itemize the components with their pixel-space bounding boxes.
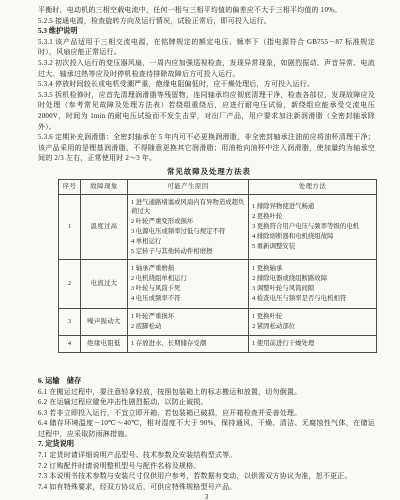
method-line: 2 更换叶轮 (252, 212, 373, 222)
fault-phenomenon: 噪声振动大 (81, 308, 128, 335)
table-row: 1 温度过高 1 进气通路堵塞或风扇内有异物造成超负荷过大 2 叶轮严重变形或损… (59, 194, 377, 259)
possible-causes: 1 叶轮严重损坏 2 底脚松动 (128, 308, 249, 335)
section-heading-5-3: 5.3 维护说明 (38, 26, 375, 37)
handling-methods: 1 更换轴承 2 排除电器或绕组断路故障 3 调整叶轮与风筒间隙 4 检查电压与… (249, 259, 377, 308)
cause-line: 1 进气通路堵塞或风扇内有异物造成超负荷过大 (131, 198, 245, 218)
handling-methods: 1 更换叶轮 2 紧固松动部位 (249, 308, 377, 335)
cause-line: 4 单相运行 (131, 237, 245, 247)
possible-causes: 1 进气通路堵塞或风扇内有异物造成超负荷过大 2 叶轮严重变形或损坏 3 电源电… (128, 194, 249, 259)
document-page: 平衡时，电动机的三相空载电流中，任何一相与三相平均值的偏差应不大于三相平均值的 … (0, 0, 400, 500)
possible-causes: 1 存放进水、长期储存受潮 (128, 335, 249, 352)
paragraph-6-2: 6.2 在运输过程应避免冲击性剧烈振动，以防止破损。 (38, 397, 375, 408)
fault-table-header-row: 序号 故障现象 可能产生原因 处理方法 (59, 179, 377, 194)
method-line: 3 调整叶轮与风筒间隙 (252, 284, 373, 294)
handling-methods: 1 排除异物使进气畅通 2 更换叶轮 3 更换符合用户电压与频率等级的电机 4 … (249, 194, 377, 259)
cause-line: 3 叶轮与风筒卡死 (131, 284, 245, 294)
cause-line: 1 存放进水、长期储存受潮 (131, 339, 245, 349)
row-number: 1 (59, 194, 81, 259)
paragraph-6-1: 6.1 在搬运过程中，要注意轻拿轻放，按照包装箱上的标志搬运和放置，切勿倒置。 (38, 387, 375, 398)
handling-methods: 1 使用前进行干燥处理 (249, 335, 377, 352)
paragraph-5-3-1: 5.3.1 该产品适用于三相交流电源，在铭牌规定的额定电压、频率下（指电源符合 … (38, 37, 375, 58)
method-line: 2 紧固松动部位 (252, 322, 373, 332)
method-line: 2 排除电器或绕组断路故障 (252, 274, 373, 284)
paragraph-5-2-5: 5.2.5 接通电源，检查旋转方向及运行情况，试验正常后，即可投入运行。 (38, 16, 375, 27)
table-row: 2 电流过大 1 轴承严重磨损 2 电机绕组单相运行 3 叶轮与风筒卡死 4 电… (59, 259, 377, 308)
row-number: 3 (59, 308, 81, 335)
method-line: 1 更换轴承 (252, 264, 373, 274)
paragraph-7-3: 7.3 本说明书技术参数与安装尺寸仅供用户参考，若数据有变动，以供需双方协议为准… (38, 471, 375, 482)
method-line: 5 重新调整安装 (252, 242, 373, 252)
page-number: 3 (38, 493, 375, 500)
table-row: 3 噪声振动大 1 叶轮严重损坏 2 底脚松动 1 更换叶轮 2 紧固松动部位 (59, 308, 377, 335)
cause-line: 1 轴承严重磨损 (131, 264, 245, 274)
paragraph-5-3-2: 5.3.2 初次投入运行的变压器风扇，一周内应加强巡视检查，发现异常现象，如剧烈… (38, 58, 375, 79)
fault-phenomenon: 电流过大 (81, 259, 128, 308)
paragraph-7-2: 7.2 订购配件时请说明整机型号与配件名称及规格。 (38, 461, 375, 472)
column-header-methods: 处理方法 (249, 179, 377, 194)
page-content: 平衡时，电动机的三相空载电流中，任何一相与三相平均值的偏差应不大于三相平均值的 … (38, 5, 375, 500)
paragraph-5-3-5: 5.3.5 拆机检修时，应首先清理润滑脂等残留物，连同轴承均应彻底清理干净，检查… (38, 90, 375, 132)
paragraph-6-4: 6.4 储存环境温度－10℃～40℃，相对湿度不大于 90%，保持通风、干燥、清… (38, 418, 375, 439)
method-line: 1 排除异物使进气畅通 (252, 202, 373, 212)
fault-table-block: 常见故障及处理方法表 序号 故障现象 可能产生原因 处理方法 1 温度过高 (58, 166, 360, 353)
possible-causes: 1 轴承严重磨损 2 电机绕组单相运行 3 叶轮与风筒卡死 4 电压或频率不符 (128, 259, 249, 308)
paragraph-5-3-6: 5.3.6 定期补充润滑脂：全密封轴承在 5 年内可不必更换润滑脂，非全密封轴承… (38, 132, 375, 164)
paragraph-6-3: 6.3 若非立即投入运行，不宜立即开箱，若包装箱已破损，应开箱检查并妥善处理。 (38, 408, 375, 419)
method-line: 4 排除熔断器和电机绕组故障 (252, 232, 373, 242)
section-heading-6: 6. 运输 储存 (38, 376, 375, 387)
fault-phenomenon: 绝缘电阻低 (81, 335, 128, 352)
fault-table: 序号 故障现象 可能产生原因 处理方法 1 温度过高 1 进气通路堵塞或风扇内有… (58, 179, 377, 353)
fault-table-title: 常见故障及处理方法表 (58, 166, 360, 177)
method-line: 4 检查电压与频率是否与电机相符 (252, 294, 373, 304)
cause-line: 2 叶轮严重变形或损坏 (131, 217, 245, 227)
paragraph-5-3-4: 5.3.4 停放时间较长或电机受潮严重，绝缘电阻偏低时，应干燥处理后，方可投入运… (38, 79, 375, 90)
cause-line: 3 电源电压或频率过低与规定不符 (131, 227, 245, 237)
column-header-causes: 可能产生原因 (128, 179, 249, 194)
paragraph-7-4: 7.4 如有特殊要求，经双方协议后，可供应特殊规格型号产品。 (38, 482, 375, 493)
fault-phenomenon: 温度过高 (81, 194, 128, 259)
row-number: 4 (59, 335, 81, 352)
row-number: 2 (59, 259, 81, 308)
cause-line: 5 定转子与其他转动件相磨擦 (131, 247, 245, 257)
cause-line: 4 电压或频率不符 (131, 294, 245, 304)
paragraph-carryover: 平衡时，电动机的三相空载电流中，任何一相与三相平均值的偏差应不大于三相平均值的 … (38, 5, 375, 16)
column-header-fault: 故障现象 (81, 179, 128, 194)
cause-line: 1 叶轮严重损坏 (131, 312, 245, 322)
method-line: 1 使用前进行干燥处理 (252, 339, 373, 349)
method-line: 1 更换叶轮 (252, 312, 373, 322)
column-header-no: 序号 (59, 179, 81, 194)
cause-line: 2 电机绕组单相运行 (131, 274, 245, 284)
cause-line: 2 底脚松动 (131, 322, 245, 332)
method-line: 3 更换符合用户电压与频率等级的电机 (252, 222, 373, 232)
section-heading-7: 7. 定货说明 (38, 439, 375, 450)
table-row: 4 绝缘电阻低 1 存放进水、长期储存受潮 1 使用前进行干燥处理 (59, 335, 377, 352)
paragraph-7-1: 7.1 定货时请详细说明产品型号、技术参数及安装结构型式等。 (38, 450, 375, 461)
